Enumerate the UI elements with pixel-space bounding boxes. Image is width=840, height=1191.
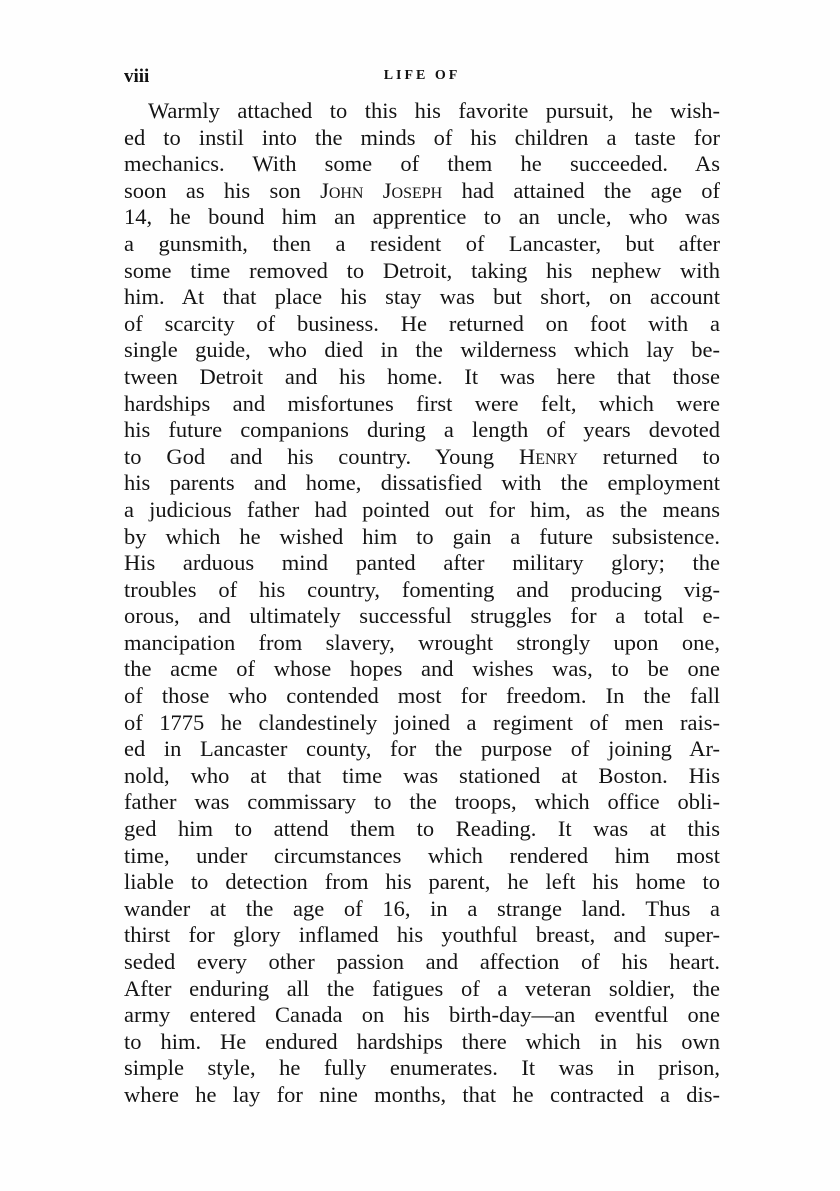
text-line: simple style, he fully enumerates. It wa… <box>124 1055 720 1082</box>
text-line: where he lay for nine months, that he co… <box>124 1082 720 1109</box>
text-line: Warmly attached to this his favorite pur… <box>124 98 720 125</box>
text-line: a gunsmith, then a resident of Lancaster… <box>124 231 720 258</box>
text-line: a judicious father had pointed out for h… <box>124 497 720 524</box>
book-page: viii LIFE OF Warmly attached to this his… <box>0 0 840 1191</box>
text-line: of 1775 he clandestinely joined a regime… <box>124 710 720 737</box>
text-line: father was commissary to the troops, whi… <box>124 789 720 816</box>
text-line: his parents and home, dissatisfied with … <box>124 470 720 497</box>
text-line: by which he wished him to gain a future … <box>124 524 720 551</box>
running-head-title: LIFE OF <box>124 68 720 84</box>
text-line: nold, who at that time was stationed at … <box>124 763 720 790</box>
text-line: ed to instil into the minds of his child… <box>124 125 720 152</box>
text-line: mechanics. With some of them he succeede… <box>124 151 720 178</box>
text-line: his future companions during a length of… <box>124 417 720 444</box>
text-line: ed in Lancaster county, for the purpose … <box>124 736 720 763</box>
text-line: ged him to attend them to Reading. It wa… <box>124 816 720 843</box>
text-line: wander at the age of 16, in a strange la… <box>124 896 720 923</box>
text-fragment: to God and his country. Young <box>124 444 519 469</box>
text-line: After enduring all the fatigues of a vet… <box>124 976 720 1003</box>
text-fragment: returned to <box>578 444 720 469</box>
text-line: orous, and ultimately successful struggl… <box>124 603 720 630</box>
text-line: the acme of whose hopes and wishes was, … <box>124 656 720 683</box>
text-line: mancipation from slavery, wrought strong… <box>124 630 720 657</box>
text-line: single guide, who died in the wilderness… <box>124 337 720 364</box>
text-line: some time removed to Detroit, taking his… <box>124 258 720 285</box>
text-line: 14, he bound him an apprentice to an unc… <box>124 204 720 231</box>
text-line: troubles of his country, fomenting and p… <box>124 577 720 604</box>
text-line: seded every other passion and affection … <box>124 949 720 976</box>
text-line: of those who contended most for freedom.… <box>124 683 720 710</box>
text-line: time, under circumstances which rendered… <box>124 843 720 870</box>
text-fragment: soon as his son <box>124 178 320 203</box>
text-line: army entered Canada on his birth-day—an … <box>124 1002 720 1029</box>
text-line: His arduous mind panted after military g… <box>124 550 720 577</box>
text-fragment: had attained the age of <box>442 178 720 203</box>
text-line-with-name: to God and his country. Young Henry retu… <box>124 444 720 471</box>
text-line-with-name: soon as his son John Joseph had attained… <box>124 178 720 205</box>
text-line: of scarcity of business. He returned on … <box>124 311 720 338</box>
text-line: liable to detection from his parent, he … <box>124 869 720 896</box>
text-line: tween Detroit and his home. It was here … <box>124 364 720 391</box>
person-name: John Joseph <box>320 178 442 203</box>
text-line: hardships and misfortunes first were fel… <box>124 391 720 418</box>
body-paragraph: Warmly attached to this his favorite pur… <box>124 98 720 1109</box>
running-head: viii LIFE OF <box>124 66 720 90</box>
person-name: Henry <box>519 444 578 469</box>
text-line: thirst for glory inflamed his youthful b… <box>124 922 720 949</box>
text-line: him. At that place his stay was but shor… <box>124 284 720 311</box>
text-line: to him. He endured hardships there which… <box>124 1029 720 1056</box>
